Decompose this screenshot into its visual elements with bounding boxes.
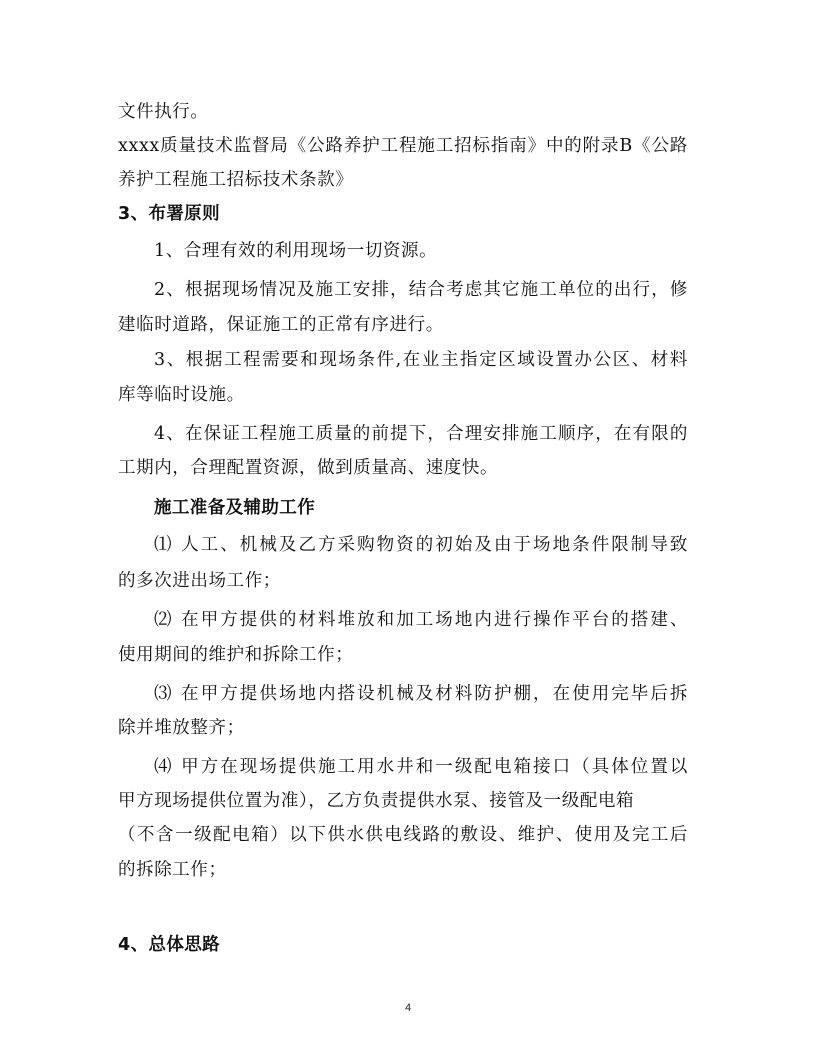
list-item-continuation: （不含一级配电箱）以下供水供电线路的敷设、维护、使用及完工后 <box>118 824 688 846</box>
list-item-continuation: 库等临时设施。 <box>118 384 688 406</box>
list-item-continuation: 工期内，合理配置资源，做到质量高、速度快。 <box>118 457 688 479</box>
list-item: 1、合理有效的利用现场一切资源。 <box>154 240 688 262</box>
subsection-heading: 施工准备及辅助工作 <box>154 497 688 519</box>
page-number: 4 <box>0 1002 816 1014</box>
text-line: 文件执行。 <box>118 101 688 123</box>
list-item: ⑶ 在甲方提供场地内搭设机械及材料防护棚，在使用完毕后拆 <box>154 683 688 705</box>
list-item-continuation: 使用期间的维护和拆除工作； <box>118 644 688 666</box>
list-item-continuation: 除并堆放整齐； <box>118 717 688 739</box>
list-item: ⑷ 甲方在现场提供施工用水井和一级配电箱接口（具体位置以 <box>154 756 688 778</box>
text-line: xxxx质量技术监督局《公路养护工程施工招标指南》中的附录B《公路 <box>118 135 688 157</box>
section-heading: 3、布署原则 <box>118 203 688 225</box>
list-item: ⑴ 人工、机械及乙方采购物资的初始及由于场地条件限制导致 <box>154 534 688 556</box>
list-item: 4、在保证工程施工质量的前提下，合理安排施工顺序，在有限的 <box>154 423 688 445</box>
document-page: 文件执行。 xxxx质量技术监督局《公路养护工程施工招标指南》中的附录B《公路 … <box>0 0 816 1056</box>
section-heading: 4、总体思路 <box>118 934 688 956</box>
list-item-continuation: 建临时道路，保证施工的正常有序进行。 <box>118 314 688 336</box>
list-item: 3、根据工程需要和现场条件,在业主指定区域设置办公区、材料 <box>154 349 688 371</box>
list-item-continuation: 的多次进出场工作； <box>118 570 688 592</box>
list-item-continuation: 的拆除工作； <box>118 859 688 881</box>
list-item-continuation: 甲方现场提供位置为准），乙方负责提供水泵、接管及一级配电箱 <box>118 790 688 812</box>
text-line: 养护工程施工招标技术条款》 <box>118 169 688 191</box>
list-item: 2、根据现场情况及施工安排，结合考虑其它施工单位的出行，修 <box>154 279 688 301</box>
list-item: ⑵ 在甲方提供的材料堆放和加工场地内进行操作平台的搭建、 <box>154 609 688 631</box>
